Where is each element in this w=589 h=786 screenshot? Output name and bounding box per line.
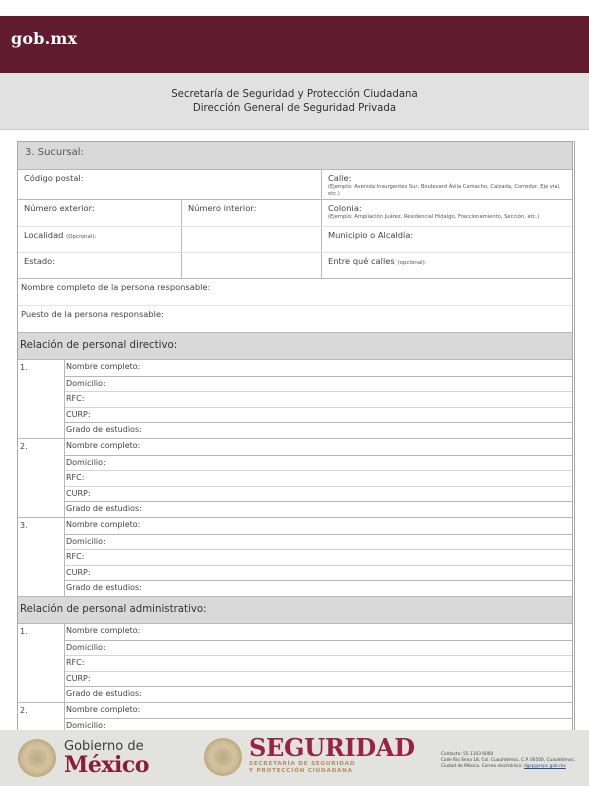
contact-city: Ciudad de México. Correo electrónico: xyxy=(441,764,523,769)
header-line-2: Dirección General de Seguridad Privada xyxy=(0,102,589,116)
person-field[interactable]: CURP: xyxy=(65,565,572,581)
gobierno-de-mexico-logo: Gobierno de México xyxy=(64,740,149,776)
person-field[interactable]: CURP: xyxy=(65,671,572,687)
person-field[interactable]: Grado de estudios: xyxy=(65,580,572,596)
person-field[interactable]: Nombre completo: xyxy=(65,439,572,455)
calle-field[interactable]: Calle: (Ejemplo: Avenida Insurgentes Sur… xyxy=(321,170,572,199)
person-field[interactable]: Domicilio: xyxy=(65,534,572,550)
colonia-hint: (Ejemplo: Ampliación Juárez, Residencial… xyxy=(328,214,566,221)
top-bar: gob.mx xyxy=(0,16,589,73)
person-number: 1. xyxy=(18,624,65,702)
estado-label: Estado: xyxy=(24,256,55,266)
contact-info: Contacto: 55 1103 6000 Calle Río Sena 18… xyxy=(441,752,586,770)
localidad-optional: (Opcional): xyxy=(66,234,96,240)
seg-logo-sub-1: SECRETARÍA DE SEGURIDAD xyxy=(249,761,415,768)
directivo-heading: Relación de personal directivo: xyxy=(18,332,572,359)
person-entry: 1.Nombre completo:Domicilio:RFC:CURP:Gra… xyxy=(18,623,572,702)
localidad-field[interactable]: Localidad (Opcional): xyxy=(18,227,181,252)
directivo-list: 1.Nombre completo:Domicilio:RFC:CURP:Gra… xyxy=(18,359,572,596)
codigo-postal-label: Código postal: xyxy=(24,173,84,183)
person-field[interactable]: Nombre completo: xyxy=(65,624,572,640)
person-number: 3. xyxy=(18,518,65,596)
municipio-label: Municipio o Alcaldía: xyxy=(328,230,413,240)
person-field[interactable]: Nombre completo: xyxy=(65,518,572,534)
person-entry: 2.Nombre completo:Domicilio:RFC:CURP:Gra… xyxy=(18,438,572,517)
entre-calles-label: Entre qué calles xyxy=(328,256,395,266)
seg-logo-sub-2: Y PROTECCIÓN CIUDADANA xyxy=(249,768,415,775)
gob-mx-logo[interactable]: gob.mx xyxy=(11,29,77,48)
person-field[interactable]: Grado de estudios: xyxy=(65,422,572,438)
gobierno-seal-icon xyxy=(18,739,56,777)
colonia-label: Colonia: xyxy=(328,203,362,213)
colonia-field[interactable]: Colonia: (Ejemplo: Ampliación Juárez, Re… xyxy=(321,200,572,226)
puesto-responsable-label: Puesto de la persona responsable: xyxy=(21,309,164,319)
person-entry: 3.Nombre completo:Domicilio:RFC:CURP:Gra… xyxy=(18,517,572,596)
localidad-value-field[interactable] xyxy=(181,227,321,252)
person-field[interactable]: CURP: xyxy=(65,486,572,502)
person-field[interactable]: Nombre completo: xyxy=(65,703,572,719)
person-fields: Nombre completo:Domicilio:RFC:CURP:Grado… xyxy=(65,624,572,702)
entre-calles-field[interactable]: Entre qué calles (opcional): xyxy=(321,253,572,278)
person-number: 1. xyxy=(18,360,65,438)
numero-exterior-field[interactable]: Número exterior: xyxy=(18,200,181,226)
section-title: 3. Sucursal: xyxy=(18,142,572,169)
municipio-field[interactable]: Municipio o Alcaldía: xyxy=(321,227,572,252)
person-fields: Nombre completo:Domicilio:RFC:CURP:Grado… xyxy=(65,439,572,517)
numero-interior-field[interactable]: Número interior: xyxy=(181,200,321,226)
seguridad-logo: SEGURIDAD SECRETARÍA DE SEGURIDAD Y PROT… xyxy=(249,735,415,775)
entre-calles-optional: (opcional): xyxy=(397,260,426,266)
administrativo-list: 1.Nombre completo:Domicilio:RFC:CURP:Gra… xyxy=(18,623,572,734)
person-field[interactable]: Grado de estudios: xyxy=(65,501,572,517)
seg-logo-title: SEGURIDAD xyxy=(249,735,415,761)
sucursal-form: 3. Sucursal: Código postal: Calle: (Ejem… xyxy=(17,141,575,735)
person-field[interactable]: Domicilio: xyxy=(65,640,572,656)
person-field[interactable]: Domicilio: xyxy=(65,455,572,471)
puesto-responsable-field[interactable]: Puesto de la persona responsable: xyxy=(18,306,572,332)
person-field[interactable]: RFC: xyxy=(65,655,572,671)
person-number: 2. xyxy=(18,439,65,517)
contact-email-link[interactable]: dgsp@sspc.gob.mx xyxy=(524,764,566,769)
person-field[interactable]: RFC: xyxy=(65,391,572,407)
document-header: Secretaría de Seguridad y Protección Ciu… xyxy=(0,73,589,130)
numero-exterior-label: Número exterior: xyxy=(24,203,95,213)
person-fields: Nombre completo:Domicilio:RFC:CURP:Grado… xyxy=(65,518,572,596)
nombre-responsable-label: Nombre completo de la persona responsabl… xyxy=(21,282,210,292)
seguridad-seal-icon xyxy=(204,738,242,776)
calle-hint: (Ejemplo: Avenida Insurgentes Sur, Boule… xyxy=(328,184,566,197)
numero-interior-label: Número interior: xyxy=(188,203,256,213)
gob-logo-line-2: México xyxy=(64,754,149,776)
person-field[interactable]: Domicilio: xyxy=(65,376,572,392)
estado-field[interactable]: Estado: xyxy=(18,253,181,278)
estado-value-field[interactable] xyxy=(181,253,321,278)
calle-label: Calle: xyxy=(328,173,351,183)
person-field[interactable]: RFC: xyxy=(65,549,572,565)
person-fields: Nombre completo:Domicilio:RFC:CURP:Grado… xyxy=(65,360,572,438)
administrativo-heading: Relación de personal administrativo: xyxy=(18,596,572,623)
nombre-responsable-field[interactable]: Nombre completo de la persona responsabl… xyxy=(18,279,572,305)
person-entry: 1.Nombre completo:Domicilio:RFC:CURP:Gra… xyxy=(18,359,572,438)
person-field[interactable]: RFC: xyxy=(65,470,572,486)
header-line-1: Secretaría de Seguridad y Protección Ciu… xyxy=(0,88,589,102)
person-field[interactable]: CURP: xyxy=(65,407,572,423)
localidad-label: Localidad xyxy=(24,230,63,240)
person-field[interactable]: Grado de estudios: xyxy=(65,686,572,702)
codigo-postal-field[interactable]: Código postal: xyxy=(18,170,321,199)
person-field[interactable]: Nombre completo: xyxy=(65,360,572,376)
